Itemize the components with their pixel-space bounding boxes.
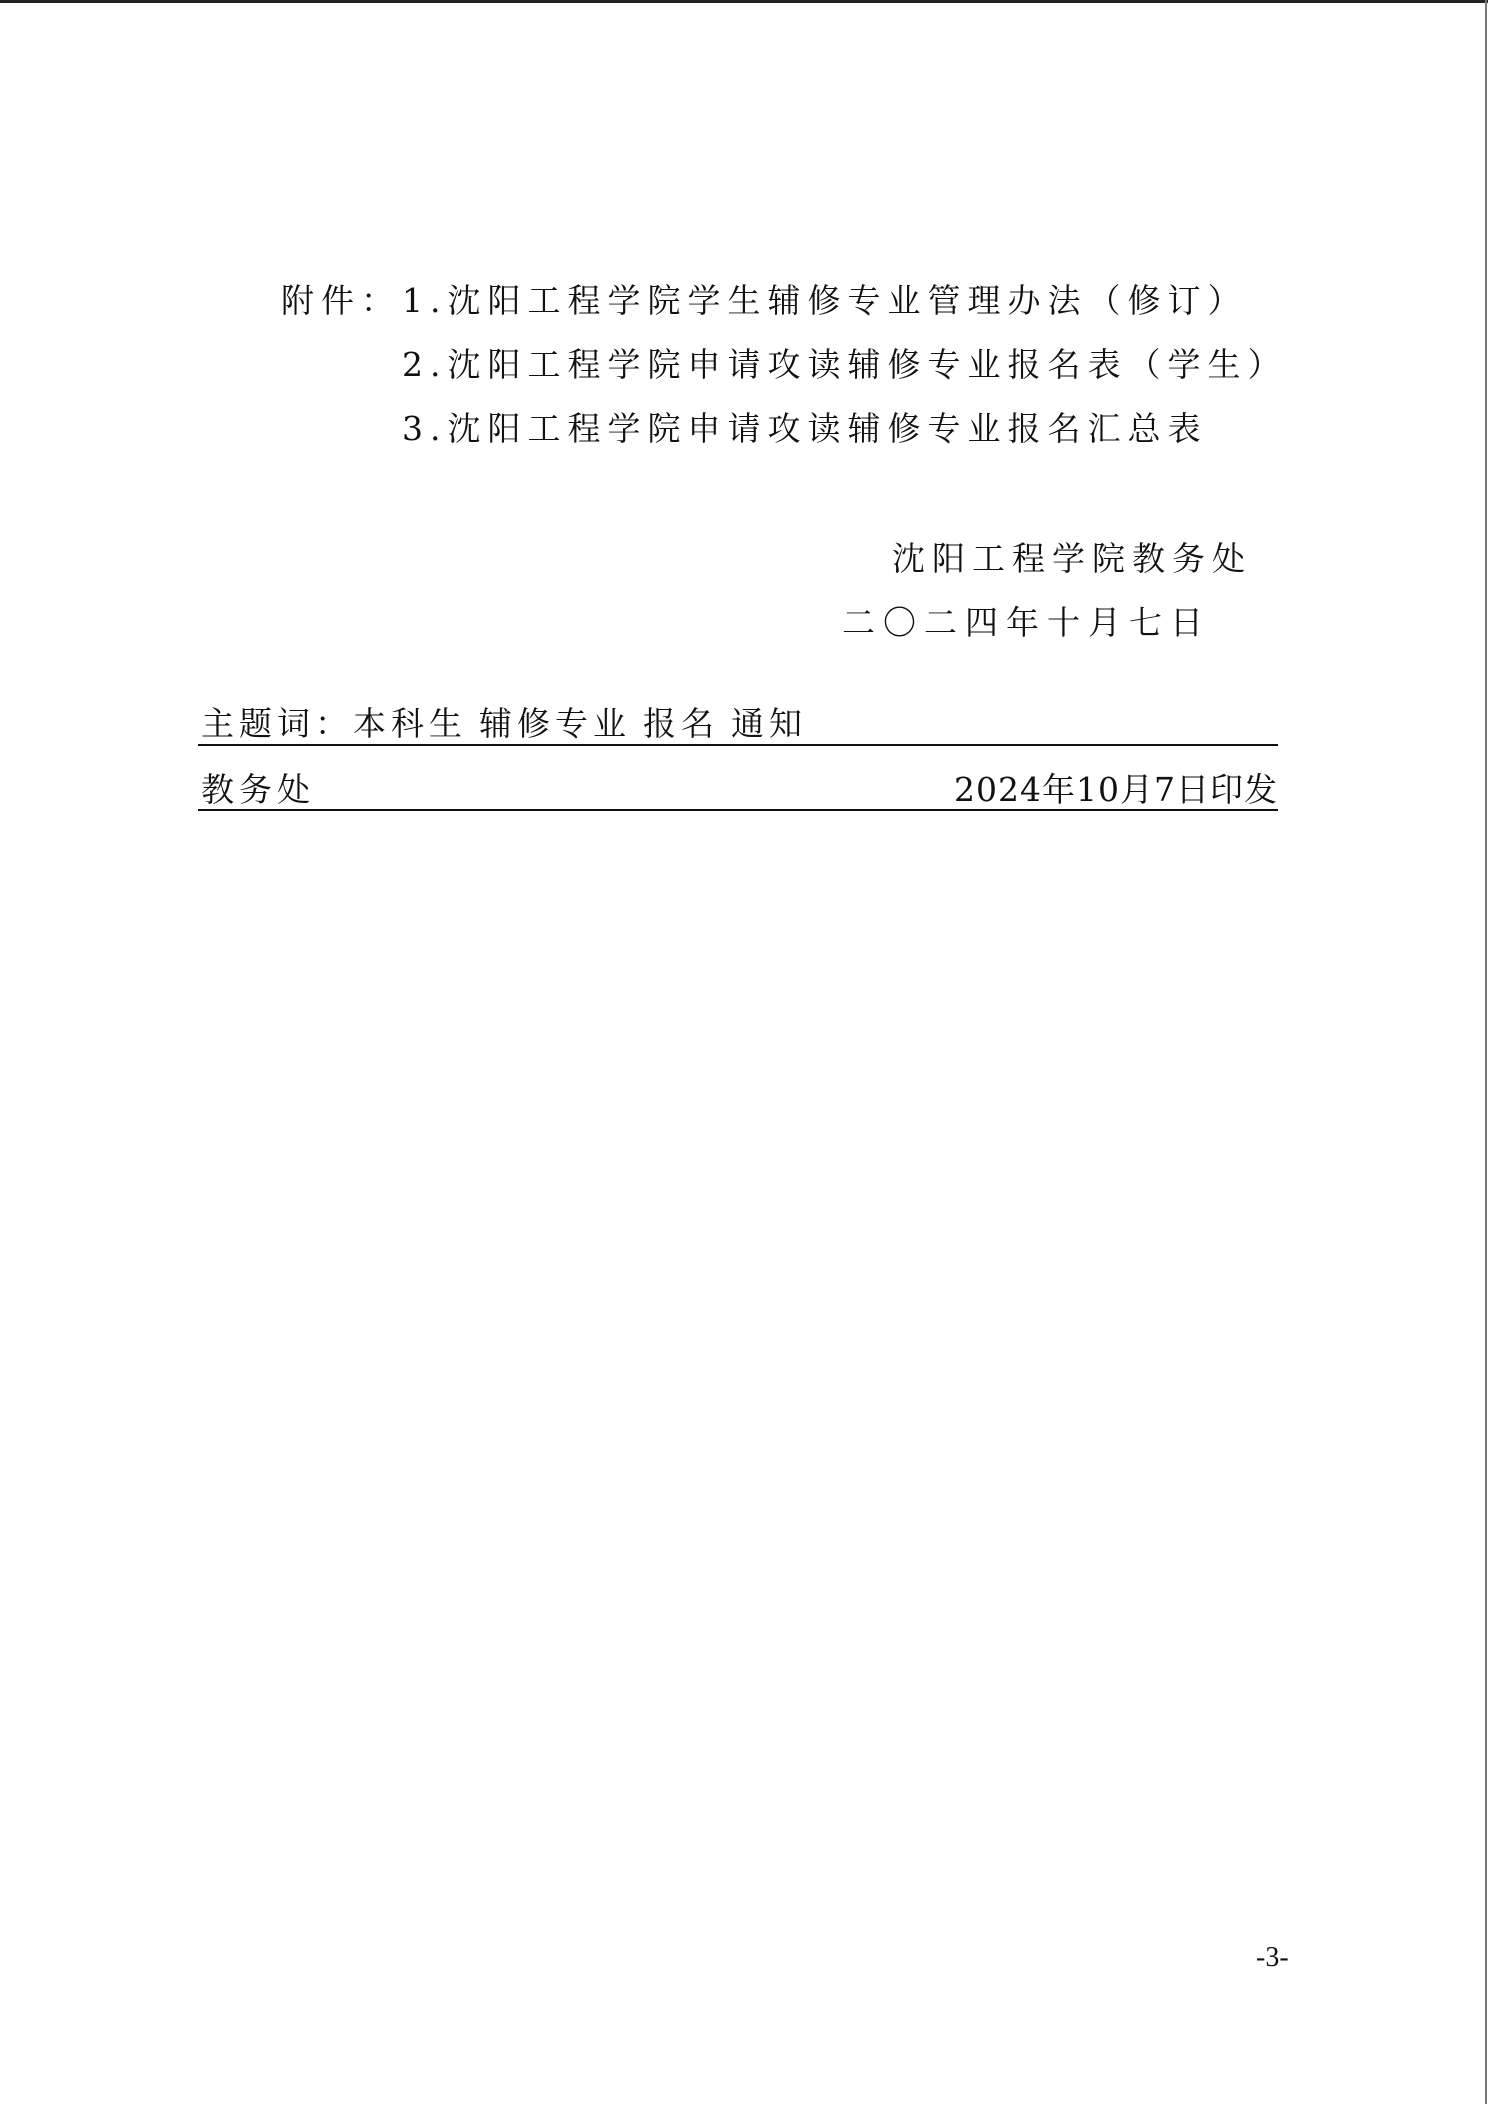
- page-top-border: [0, 0, 1488, 3]
- keywords-line: 主题词：本科生辅修专业报名通知: [201, 704, 819, 744]
- keyword: 通知: [731, 704, 807, 743]
- keywords-label: 主题词：: [201, 704, 353, 743]
- signature-date: 二〇二四年十月七日: [842, 603, 1211, 643]
- issuer-rule: [198, 809, 1278, 811]
- keywords-rule: [198, 744, 1278, 746]
- keyword: 辅修专业: [479, 704, 631, 743]
- keyword: 本科生: [353, 704, 467, 743]
- signature-issuer: 沈阳工程学院教务处: [892, 539, 1252, 579]
- attachment-item-3: 3.沈阳工程学院申请攻读辅修专业报名汇总表: [402, 409, 1208, 449]
- issuing-office: 教务处: [201, 770, 315, 810]
- page-right-border: [1485, 0, 1487, 2104]
- keyword: 报名: [643, 704, 719, 743]
- page-number: -3-: [1256, 1940, 1289, 1976]
- attachment-item-1: 1.沈阳工程学院学生辅修专业管理办法（修订）: [402, 281, 1248, 321]
- attachments-label: 附件：: [281, 281, 401, 321]
- issue-date: 2024年10月7日印发: [954, 770, 1278, 810]
- attachment-item-2: 2.沈阳工程学院申请攻读辅修专业报名表（学生）: [402, 345, 1288, 385]
